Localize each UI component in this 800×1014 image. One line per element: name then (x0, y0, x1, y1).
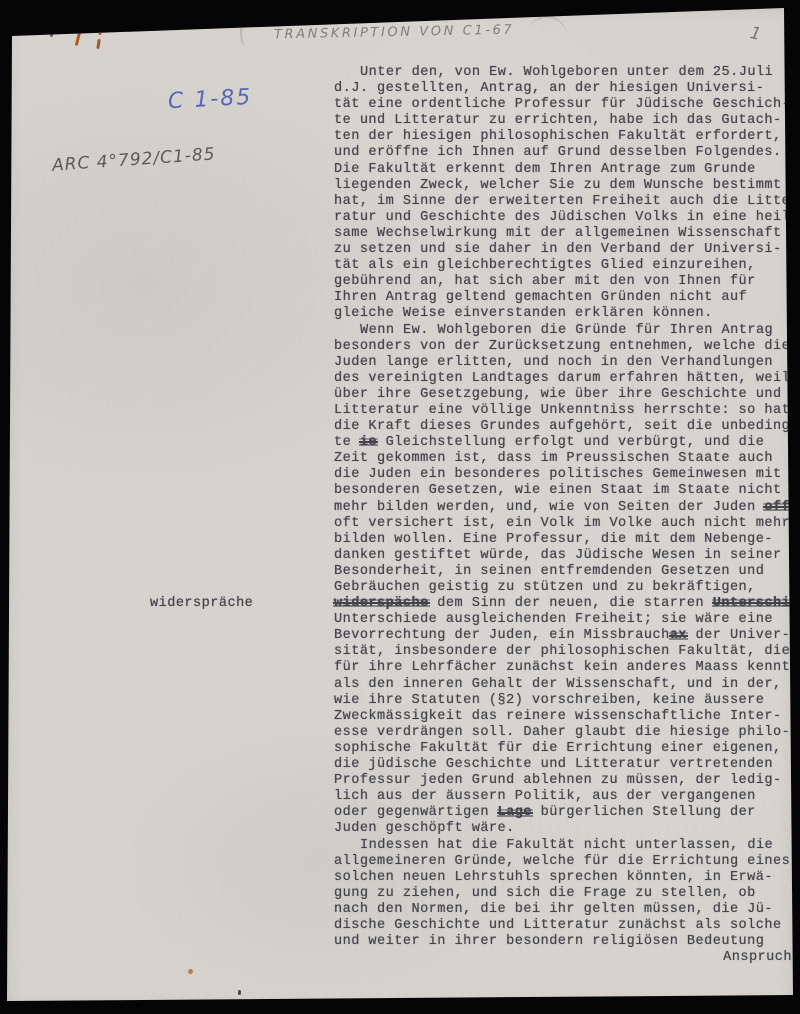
typed-line: Bevorrechtung der Juden, ein Missbraucha… (334, 628, 792, 644)
typed-line: tät als ein gleichberechtigtes Glied ein… (334, 258, 792, 274)
scan-photo: TRANSKRIPTION VON C1-67 1 C 1-85 ARC 4°7… (0, 0, 800, 1014)
typed-line: te ie Gleichstellung erfolgt und verbürg… (334, 435, 792, 451)
typed-text: bürgerlichen Stellung der (532, 805, 756, 820)
typed-line: Professur jeden Grund ablehnen zu müssen… (334, 773, 792, 789)
typed-line: und eröffne ich Ihnen auf Grund desselbe… (334, 145, 792, 161)
typed-text: Bevorrechtung der Juden, ein Missbrauch (334, 628, 670, 643)
ink-speck (188, 969, 193, 974)
orange-ink-mark (75, 27, 83, 46)
typed-line: Juden lange erlitten, und noch in den Ve… (334, 355, 792, 371)
typed-line: Ihren Antrag geltend gemachten Gründen n… (334, 290, 792, 306)
typed-line: te und Litteratur zu errichten, habe ich… (334, 113, 792, 129)
typed-line: Indessen hat die Fakultät nicht unterlas… (334, 838, 792, 854)
typed-line: same Wechselwirkung mit der allgemeinen … (334, 226, 792, 242)
typed-line: für ihre Lehrfächer zunächst kein andere… (334, 660, 792, 676)
typed-line: mehr bilden werden, und, wie von Seiten … (334, 500, 792, 516)
catchword: Anspruch (334, 950, 792, 965)
typed-line: oft versichert ist, ein Volk im Volke au… (334, 516, 792, 532)
erased-pencil-mark (527, 14, 569, 38)
typed-text: te (334, 435, 360, 450)
typed-text: der Univer- (687, 628, 790, 643)
shelfmark-pencil: ARC 4°792/C1-85 (52, 144, 217, 175)
orange-ink-mark (98, 26, 103, 35)
typed-line: Wenn Ew. Wohlgeboren die Gründe für Ihre… (334, 323, 792, 339)
typed-line: gleiche Weise einverstanden erklären kön… (334, 306, 792, 322)
typed-line: Besonderheit, in seinen entfremdenden Ge… (334, 564, 792, 580)
typed-line: danken gestiftet würde, das Jüdische Wes… (334, 548, 792, 564)
typed-body: Unter den, von Ew. Wohlgeboren unter dem… (334, 65, 792, 950)
struck-text: widerspäche (334, 596, 429, 611)
typed-line: die jüdische Geschichte und Litteratur v… (334, 757, 792, 773)
typed-line: Unterschiede ausgleichenden Freiheit; si… (334, 612, 792, 628)
typed-text: Gleichstellung erfolgt und verbürgt, und… (377, 435, 764, 450)
typed-line: Juden geschöpft wäre. (334, 821, 792, 837)
typed-line: die Kraft dieses Grundes aufgehört, seit… (334, 419, 792, 435)
typed-line: Litteratur eine völlige Unkenntniss herr… (334, 403, 792, 419)
typed-text: dem Sinn der neuen, die starren (429, 596, 713, 611)
typed-line: dische Geschichte und Litteratur zunächs… (334, 918, 792, 934)
typed-line: sität, insbesondere der philosophischen … (334, 644, 792, 660)
ink-speck (238, 990, 241, 995)
typed-line: oder gegenwärtigen Lage bürgerlichen Ste… (334, 805, 792, 821)
typed-line: liegenden Zweck, welcher Sie zu dem Wuns… (334, 178, 792, 194)
typed-line: gebührend an, hat sich aber mit den von … (334, 274, 792, 290)
erased-pencil-mark (240, 20, 252, 46)
typed-line: ratur und Geschichte des Jüdischen Volks… (334, 210, 792, 226)
typed-line: wie ihre Statuten (§2) vorschreiben, kei… (334, 693, 792, 709)
orange-ink-mark (96, 39, 100, 49)
struck-text: Lage (498, 805, 532, 820)
typed-line: gung zu ziehen, und sich die Frage zu st… (334, 886, 792, 902)
typed-line: lich aus der äussern Politik, aus der ve… (334, 789, 792, 805)
typed-line: des vereinigten Landtages darum erfahren… (334, 371, 792, 387)
typed-line: tät eine ordentliche Professur für Jüdis… (334, 97, 792, 113)
struck-text: Unterschie (713, 596, 799, 611)
struck-text: ie (360, 435, 377, 450)
shelfmark-blue-ink: C 1-85 (167, 85, 252, 114)
typed-line: die Juden ein besonderes politisches Gem… (334, 467, 792, 483)
typed-line: solchen neuen Lehrstuhls sprechen könnte… (334, 870, 792, 886)
ink-speck (50, 34, 53, 37)
margin-correction: widerspräche (150, 596, 253, 611)
typed-text: mehr bilden werden, und, wie von Seiten … (334, 500, 764, 515)
typed-line: Zeit gekommen ist, dass im Preussischen … (334, 451, 792, 467)
struck-text: off (764, 500, 790, 515)
typed-line: ten der hiesigen philosophischen Fakultä… (334, 129, 792, 145)
typed-line: nach den Normen, die bei ihr gelten müss… (334, 902, 792, 918)
typed-line: d.J. gestellten, Antrag, an der hiesigen… (334, 81, 792, 97)
handwritten-page-number: 1 (748, 23, 763, 45)
typed-line: Die Fakultät erkennt dem Ihren Antrage z… (334, 162, 792, 178)
typed-line: allgemeineren Gründe, welche für die Err… (334, 854, 792, 870)
struck-text: ax (670, 628, 687, 643)
typed-line: Zweckmässigkeit das reinere wissenschaft… (334, 709, 792, 725)
typed-text: oder gegenwärtigen (334, 805, 498, 820)
typed-line: über ihre Gesetzgebung, wie über ihre Ge… (334, 387, 792, 403)
typed-line: als den inneren Gehalt der Wissenschaft,… (334, 677, 792, 693)
typed-line: hat, im Sinne der erweiterten Freiheit a… (334, 194, 792, 210)
typed-line: besonders von der Zurücksetzung entnehme… (334, 339, 792, 355)
typed-line: sophische Fakultät für die Errichtung ei… (334, 741, 792, 757)
typed-line: widerspäche dem Sinn der neuen, die star… (334, 596, 792, 612)
typed-line: besonderen Gesetzen, wie einen Staat im … (334, 483, 792, 499)
paper-sheet: TRANSKRIPTION VON C1-67 1 C 1-85 ARC 4°7… (0, 0, 800, 1014)
typed-line: und weiter in ihrer besondern religiösen… (334, 934, 792, 950)
handwritten-header-annotation: TRANSKRIPTION VON C1-67 (274, 22, 515, 42)
typed-line: esse verdrängen soll. Daher glaubt die h… (334, 725, 792, 741)
typed-line: zu setzen und sie daher in den Verband d… (334, 242, 792, 258)
typed-line: Gebräuchen geistig zu stützen und zu bek… (334, 580, 792, 596)
typed-line: Unter den, von Ew. Wohlgeboren unter dem… (334, 65, 792, 81)
typed-line: bilden wollen. Eine Professur, die mit d… (334, 532, 792, 548)
